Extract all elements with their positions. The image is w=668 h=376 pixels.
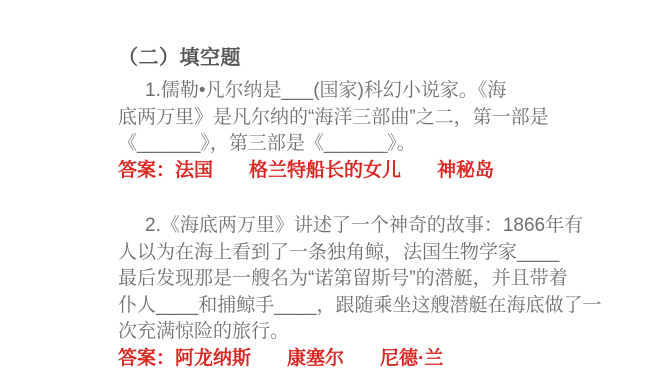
answer-item-harpooner: 尼德·兰	[380, 346, 443, 373]
question-spacer	[118, 184, 638, 213]
answer-label: 答案：	[118, 160, 175, 181]
question-2-line-5: 次充满惊险的旅行。	[118, 319, 638, 346]
answer-item-biologist: 阿龙纳斯	[175, 346, 251, 373]
answer-item-first-book: 格兰特船长的女儿	[249, 158, 401, 185]
question-2-answer: 答案：阿龙纳斯康塞尔尼德·兰	[118, 346, 638, 373]
question-1: 1.儒勒•凡尔纳是___(国家)科幻小说家。《海 底两万里》是凡尔纳的“海洋三部…	[118, 78, 638, 184]
question-2-line-2: 人以为在海上看到了一条独角鲸，法国生物学家____	[118, 240, 638, 267]
question-1-line-1: 1.儒勒•凡尔纳是___(国家)科幻小说家。《海	[118, 78, 638, 105]
section-title: （二）填空题	[118, 44, 638, 72]
slide-content: （二）填空题 1.儒勒•凡尔纳是___(国家)科幻小说家。《海 底两万里》是凡尔…	[118, 44, 638, 372]
answer-label: 答案：	[118, 348, 175, 369]
question-1-line-2: 底两万里》是凡尔纳的“海洋三部曲”之二，第一部是	[118, 105, 638, 132]
answer-item-country: 法国	[175, 158, 213, 185]
question-1-answer: 答案：法国格兰特船长的女儿神秘岛	[118, 158, 638, 185]
question-2-line-1: 2.《海底两万里》讲述了一个神奇的故事：1866年有	[118, 213, 638, 240]
question-2-line-3: 最后发现那是一艘名为“诺第留斯号”的潜艇，并且带着	[118, 266, 638, 293]
answer-item-servant: 康塞尔	[287, 346, 344, 373]
answer-item-third-book: 神秘岛	[437, 158, 494, 185]
question-2: 2.《海底两万里》讲述了一个神奇的故事：1866年有 人以为在海上看到了一条独角…	[118, 213, 638, 372]
question-1-line-3: 《______》，第三部是《______》。	[118, 131, 638, 158]
question-2-line-4: 仆人____和捕鲸手____，跟随乘坐这艘潜艇在海底做了一	[118, 293, 638, 320]
slide-canvas: （二）填空题 1.儒勒•凡尔纳是___(国家)科幻小说家。《海 底两万里》是凡尔…	[0, 0, 668, 376]
